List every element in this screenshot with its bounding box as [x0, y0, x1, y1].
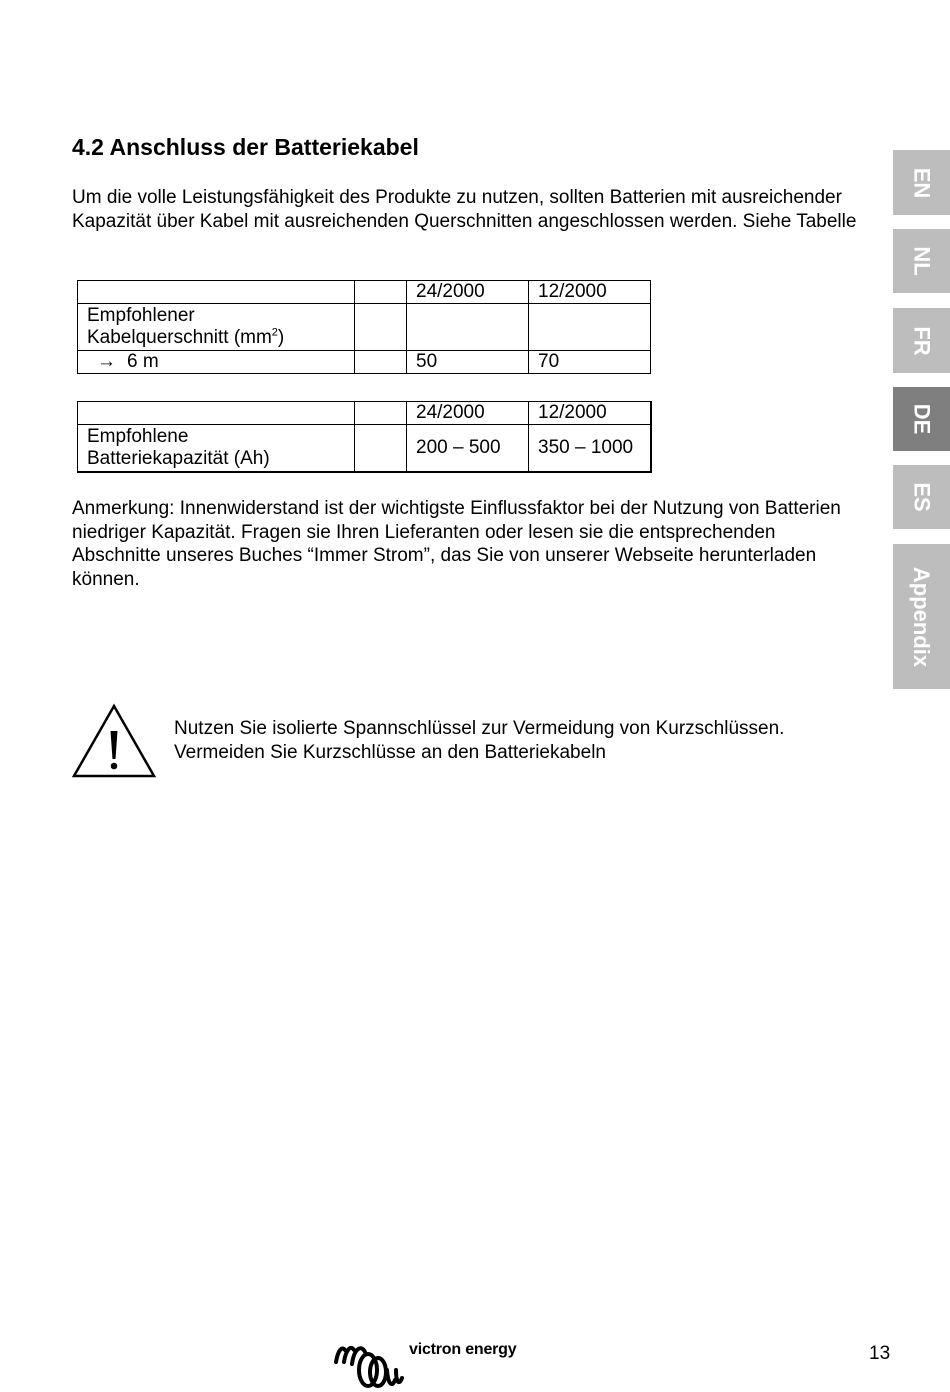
section-title: 4.2 Anschluss der Batteriekabel	[72, 134, 419, 161]
page-number: 13	[869, 1343, 890, 1365]
table-cell: 350 – 1000	[529, 425, 652, 473]
table-cell: 50	[407, 351, 529, 374]
tab-appendix[interactable]: Appendix	[893, 544, 950, 689]
table-cell	[355, 425, 407, 473]
table-header-cell: 12/2000	[529, 281, 651, 304]
table-header-row: 24/2000 12/2000	[78, 281, 651, 304]
victron-logo-icon	[332, 1340, 410, 1390]
warning-line-1: Nutzen Sie isolierte Spannschlüssel zur …	[174, 718, 784, 739]
row-label-line2: Kabelquerschnitt (mm	[87, 327, 272, 348]
table-header-cell	[355, 402, 407, 425]
brand-name: victron energy	[409, 1341, 516, 1359]
warning-line-2: Vermeiden Sie Kurzschlüsse an den Batter…	[174, 742, 606, 763]
table-header-cell	[78, 402, 355, 425]
table-cell: 70	[529, 351, 651, 374]
row-label-line1: Empfohlener	[87, 305, 195, 326]
table-cell	[355, 351, 407, 374]
table-cell	[407, 304, 529, 351]
row-label: →6 m	[78, 351, 355, 374]
row-label-line1: Empfohlene	[87, 426, 188, 447]
document-page: 4.2 Anschluss der Batteriekabel Um die v…	[0, 0, 950, 1392]
table-row: →6 m 50 70	[78, 351, 651, 374]
table-header-cell	[355, 281, 407, 304]
table-cell	[529, 304, 651, 351]
table-row: Empfohlener Kabelquerschnitt (mm2)	[78, 304, 651, 351]
table-cell	[355, 304, 407, 351]
tab-es[interactable]: ES	[893, 465, 950, 529]
table-header-cell: 24/2000	[407, 402, 529, 425]
table-header-cell	[78, 281, 355, 304]
row-label: Empfohlene Batteriekapazität (Ah)	[78, 425, 355, 473]
warning-triangle-icon	[71, 703, 157, 779]
tab-de[interactable]: DE	[893, 387, 950, 451]
row-label: Empfohlener Kabelquerschnitt (mm2)	[78, 304, 355, 351]
table-header-cell: 24/2000	[407, 281, 529, 304]
table-header-cell: 12/2000	[529, 402, 652, 425]
battery-capacity-table: 24/2000 12/2000 Empfohlene Batteriekapaz…	[77, 401, 652, 473]
table-cell: 200 – 500	[407, 425, 529, 473]
cable-cross-section-table: 24/2000 12/2000 Empfohlener Kabelquersch…	[77, 280, 651, 374]
table-header-row: 24/2000 12/2000	[78, 402, 652, 425]
tab-nl[interactable]: NL	[893, 229, 950, 293]
note-paragraph: Anmerkung: Innenwiderstand ist der wicht…	[72, 497, 862, 591]
tab-fr[interactable]: FR	[893, 308, 950, 373]
row-label-line2: Batteriekapazität (Ah)	[87, 448, 270, 469]
warning-text: Nutzen Sie isolierte Spannschlüssel zur …	[174, 717, 784, 764]
arrow-right-icon: →	[87, 351, 127, 373]
intro-paragraph: Um die volle Leistungsfähigkeit des Prod…	[72, 186, 862, 233]
tab-en[interactable]: EN	[893, 150, 950, 215]
table-row: Empfohlene Batteriekapazität (Ah) 200 – …	[78, 425, 652, 473]
